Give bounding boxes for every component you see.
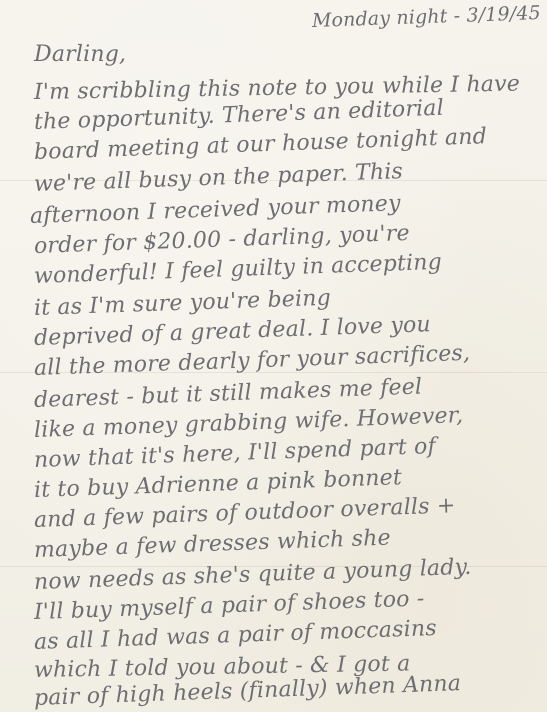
letter-line: it as I'm sure you're being: [34, 286, 332, 321]
letter-salutation: Darling,: [34, 42, 126, 67]
letter-dateline: Monday night - 3/19/45: [312, 2, 542, 32]
letter-line: I'm scribbling this note to you while I …: [34, 72, 520, 105]
letter-line: maybe a few dresses which she: [34, 526, 392, 563]
letter-page: Monday night - 3/19/45 Darling, I'm scri…: [0, 0, 547, 712]
letter-line: we're all busy on the paper. This: [34, 159, 404, 197]
